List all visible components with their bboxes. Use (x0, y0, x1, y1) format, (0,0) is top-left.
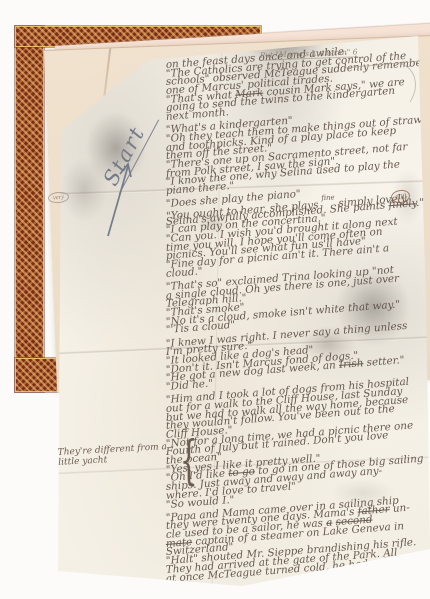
gilt-dentelle-bottom-corner (15, 358, 60, 392)
start-arrow-icon (100, 156, 140, 242)
photo-backdrop: on the feast days once and awhile."The C… (0, 0, 430, 599)
margin-note-brace-icon: { (180, 431, 198, 491)
manuscript-sheet: on the feast days once and awhile."The C… (50, 28, 430, 594)
pencil-squiggle-icon (340, 56, 426, 108)
manuscript-text: on the feast days once and awhile."The C… (166, 61, 426, 583)
gilt-dentelle-left-border (15, 26, 44, 392)
